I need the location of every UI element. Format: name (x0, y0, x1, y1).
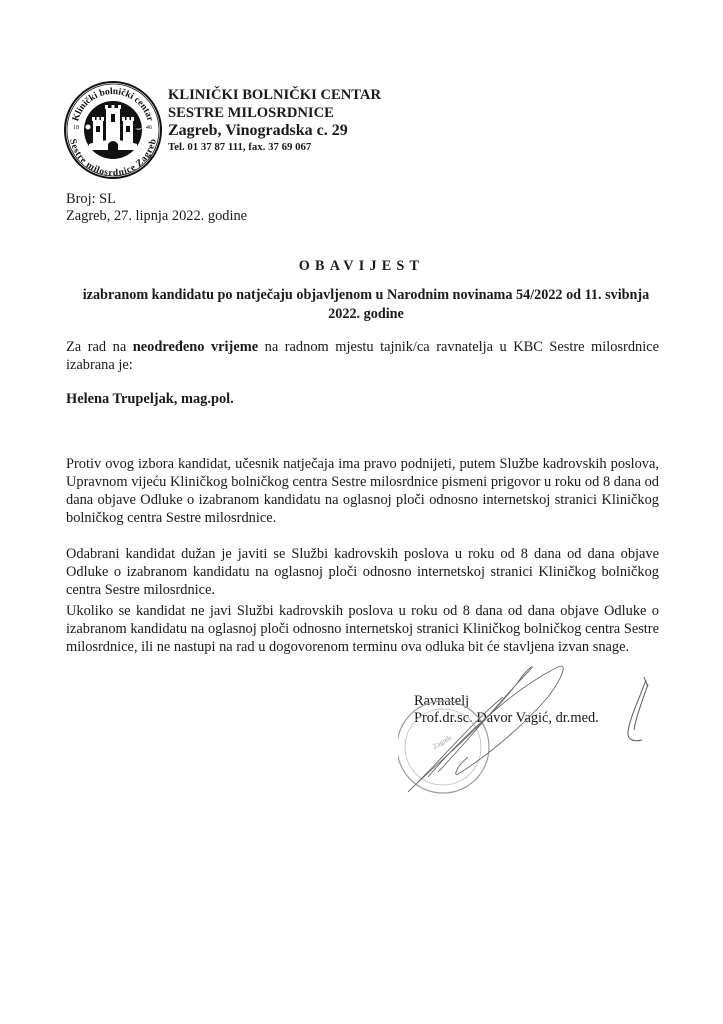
organization-header: KLINIČKI BOLNIČKI CENTAR SESTRE MILOSRDN… (168, 88, 381, 153)
org-contact: Tel. 01 37 87 111, fax. 37 69 067 (168, 142, 381, 153)
official-stamp-icon: Zagreb (398, 662, 668, 802)
handwritten-signature-icon (408, 666, 563, 792)
org-address: Zagreb, Vinogradska c. 29 (168, 123, 381, 139)
place-date: Zagreb, 27. lipnja 2022. godine (66, 208, 247, 225)
document-title: OBAVIJEST (0, 258, 723, 275)
svg-text:Zagreb: Zagreb (431, 734, 453, 751)
hospital-seal-logo-icon: Klinički bolnički centar Sestre milosrdn… (63, 80, 163, 180)
svg-text:18: 18 (73, 125, 79, 131)
signatory-role: Ravnatelj (414, 693, 599, 710)
org-name-line1: KLINIČKI BOLNIČKI CENTAR (168, 88, 381, 103)
org-name-line2: SESTRE MILOSRDNICE (168, 106, 381, 121)
paragraph-report: Odabrani kandidat dužan je javiti se Slu… (66, 545, 659, 599)
employment-type: neodređeno vrijeme (133, 339, 258, 355)
document-subtitle: izabranom kandidatu po natječaju objavlj… (66, 286, 666, 324)
paragraph-void: Ukoliko se kandidat ne javi Službi kadro… (66, 602, 659, 656)
intro-prefix: Za rad na (66, 339, 133, 355)
document-page: Klinički bolnički centar Sestre milosrdn… (0, 0, 723, 1024)
svg-text:46: 46 (146, 125, 152, 131)
selected-candidate: Helena Trupeljak, mag.pol. (66, 390, 659, 408)
paragraph-appeal: Protiv ovog izbora kandidat, učesnik nat… (66, 455, 659, 527)
signature-block: Ravnatelj Prof.dr.sc. Davor Vagić, dr.me… (414, 693, 599, 727)
signatory-name: Prof.dr.sc. Davor Vagić, dr.med. (414, 710, 599, 727)
document-meta: Broj: SL Zagreb, 27. lipnja 2022. godine (66, 191, 247, 225)
reference-number: Broj: SL (66, 191, 247, 208)
intro-paragraph: Za rad na neodređeno vrijeme na radnom m… (66, 338, 659, 374)
